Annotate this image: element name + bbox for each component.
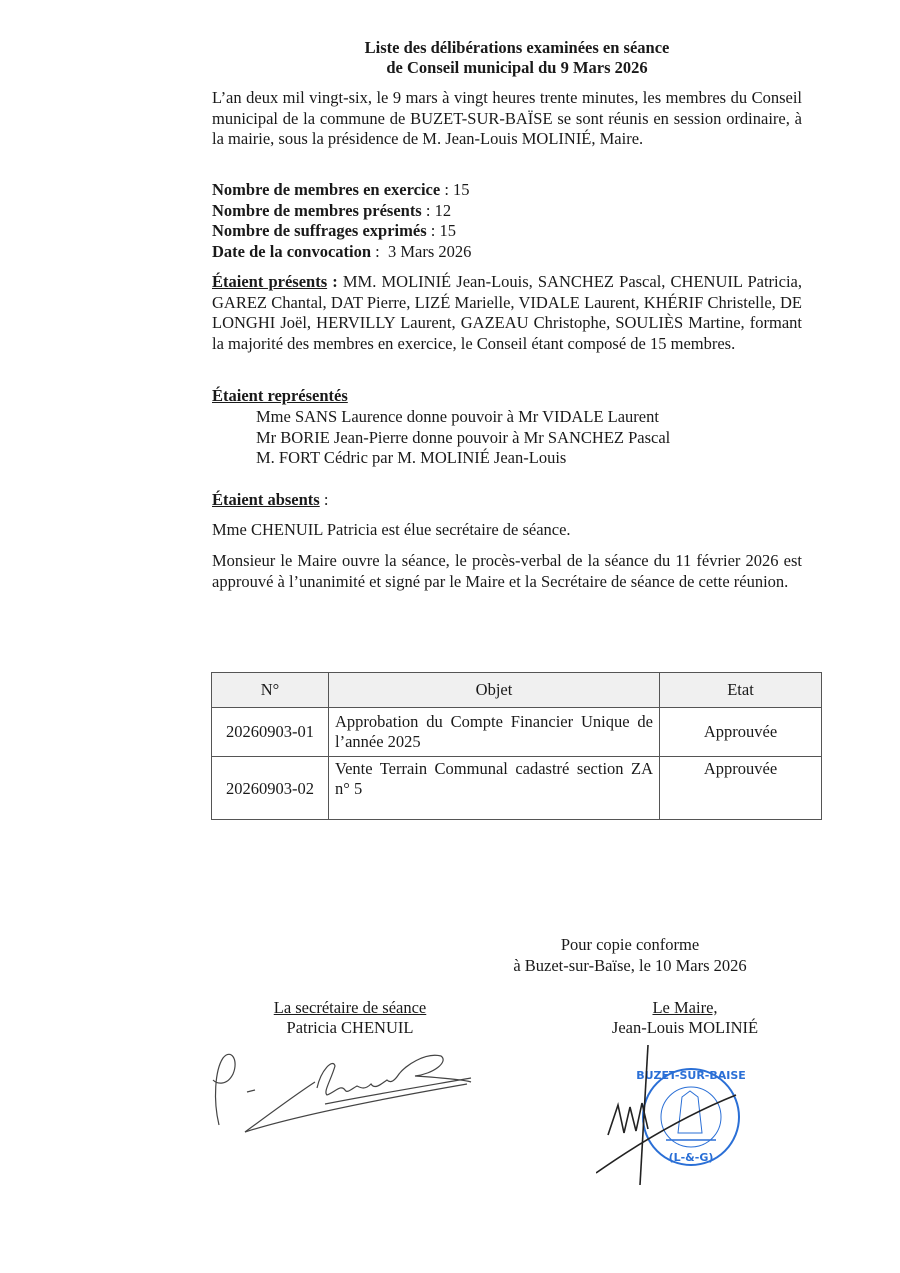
stat-votes-cast: Nombre de suffrages exprimés : 15: [212, 221, 802, 242]
proxy-item: Mme SANS Laurence donne pouvoir à Mr VID…: [256, 407, 846, 428]
represented-heading: Étaient représentés: [212, 386, 802, 407]
mayor-signature-block: Le Maire, Jean-Louis MOLINIÉ: [580, 998, 790, 1038]
deliberation-number: 20260903-01: [212, 708, 329, 757]
present-label: Étaient présents: [212, 272, 327, 291]
certified-copy: Pour copie conforme à Buzet-sur-Baïse, l…: [490, 934, 770, 976]
opening-paragraph: Monsieur le Maire ouvre la séance, le pr…: [212, 551, 802, 592]
stat-members-in-office: Nombre de membres en exercice : 15: [212, 180, 802, 201]
secretary-signature-icon: [205, 1040, 485, 1140]
table-row: 20260903-02 Vente Terrain Communal cadas…: [212, 757, 822, 820]
secretary-title: La secrétaire de séance: [240, 998, 460, 1018]
table-row: 20260903-01 Approbation du Compte Financ…: [212, 708, 822, 757]
intro-paragraph: L’an deux mil vingt-six, le 9 mars à vin…: [212, 88, 802, 150]
present-members-paragraph: Étaient présents : MM. MOLINIÉ Jean-Loui…: [212, 272, 802, 354]
table-header-row: N° Objet Etat: [212, 673, 822, 708]
svg-text:(L-&-G): (L-&-G): [669, 1151, 714, 1164]
secretary-name: Patricia CHENUIL: [240, 1018, 460, 1038]
document-title: Liste des délibérations examinées en séa…: [212, 38, 822, 78]
stat-members-present: Nombre de membres présents : 12: [212, 201, 802, 222]
deliberation-state: Approuvée: [660, 757, 822, 820]
represented-list: Mme SANS Laurence donne pouvoir à Mr VID…: [256, 407, 846, 469]
deliberations-table: N° Objet Etat 20260903-01 Approbation du…: [211, 672, 822, 820]
secretary-line: Mme CHENUIL Patricia est élue secrétaire…: [212, 520, 802, 541]
mayor-title: Le Maire,: [580, 998, 790, 1018]
deliberation-state: Approuvée: [660, 708, 822, 757]
svg-text:BUZET-SUR-BAISE: BUZET-SUR-BAISE: [636, 1069, 746, 1082]
stats-list: Nombre de membres en exercice : 15 Nombr…: [212, 180, 802, 262]
header-state: Etat: [660, 673, 822, 708]
deliberation-object: Vente Terrain Communal cadastré section …: [329, 757, 660, 820]
official-stamp-icon: BUZET-SUR-BAISE (L-&-G): [596, 1045, 766, 1195]
mayor-name: Jean-Louis MOLINIÉ: [580, 1018, 790, 1038]
header-number: N°: [212, 673, 329, 708]
proxy-item: Mr BORIE Jean-Pierre donne pouvoir à Mr …: [256, 428, 846, 449]
absents-heading: Étaient absents :: [212, 490, 802, 511]
proxy-item: M. FORT Cédric par M. MOLINIÉ Jean-Louis: [256, 448, 846, 469]
stat-convocation-date: Date de la convocation : 3 Mars 2026: [212, 242, 802, 263]
secretary-signature-block: La secrétaire de séance Patricia CHENUIL: [240, 998, 460, 1038]
title-line-2: de Conseil municipal du 9 Mars 2026: [212, 58, 822, 78]
deliberation-number: 20260903-02: [212, 757, 329, 820]
title-line-1: Liste des délibérations examinées en séa…: [212, 38, 822, 58]
deliberation-object: Approbation du Compte Financier Unique d…: [329, 708, 660, 757]
header-object: Objet: [329, 673, 660, 708]
